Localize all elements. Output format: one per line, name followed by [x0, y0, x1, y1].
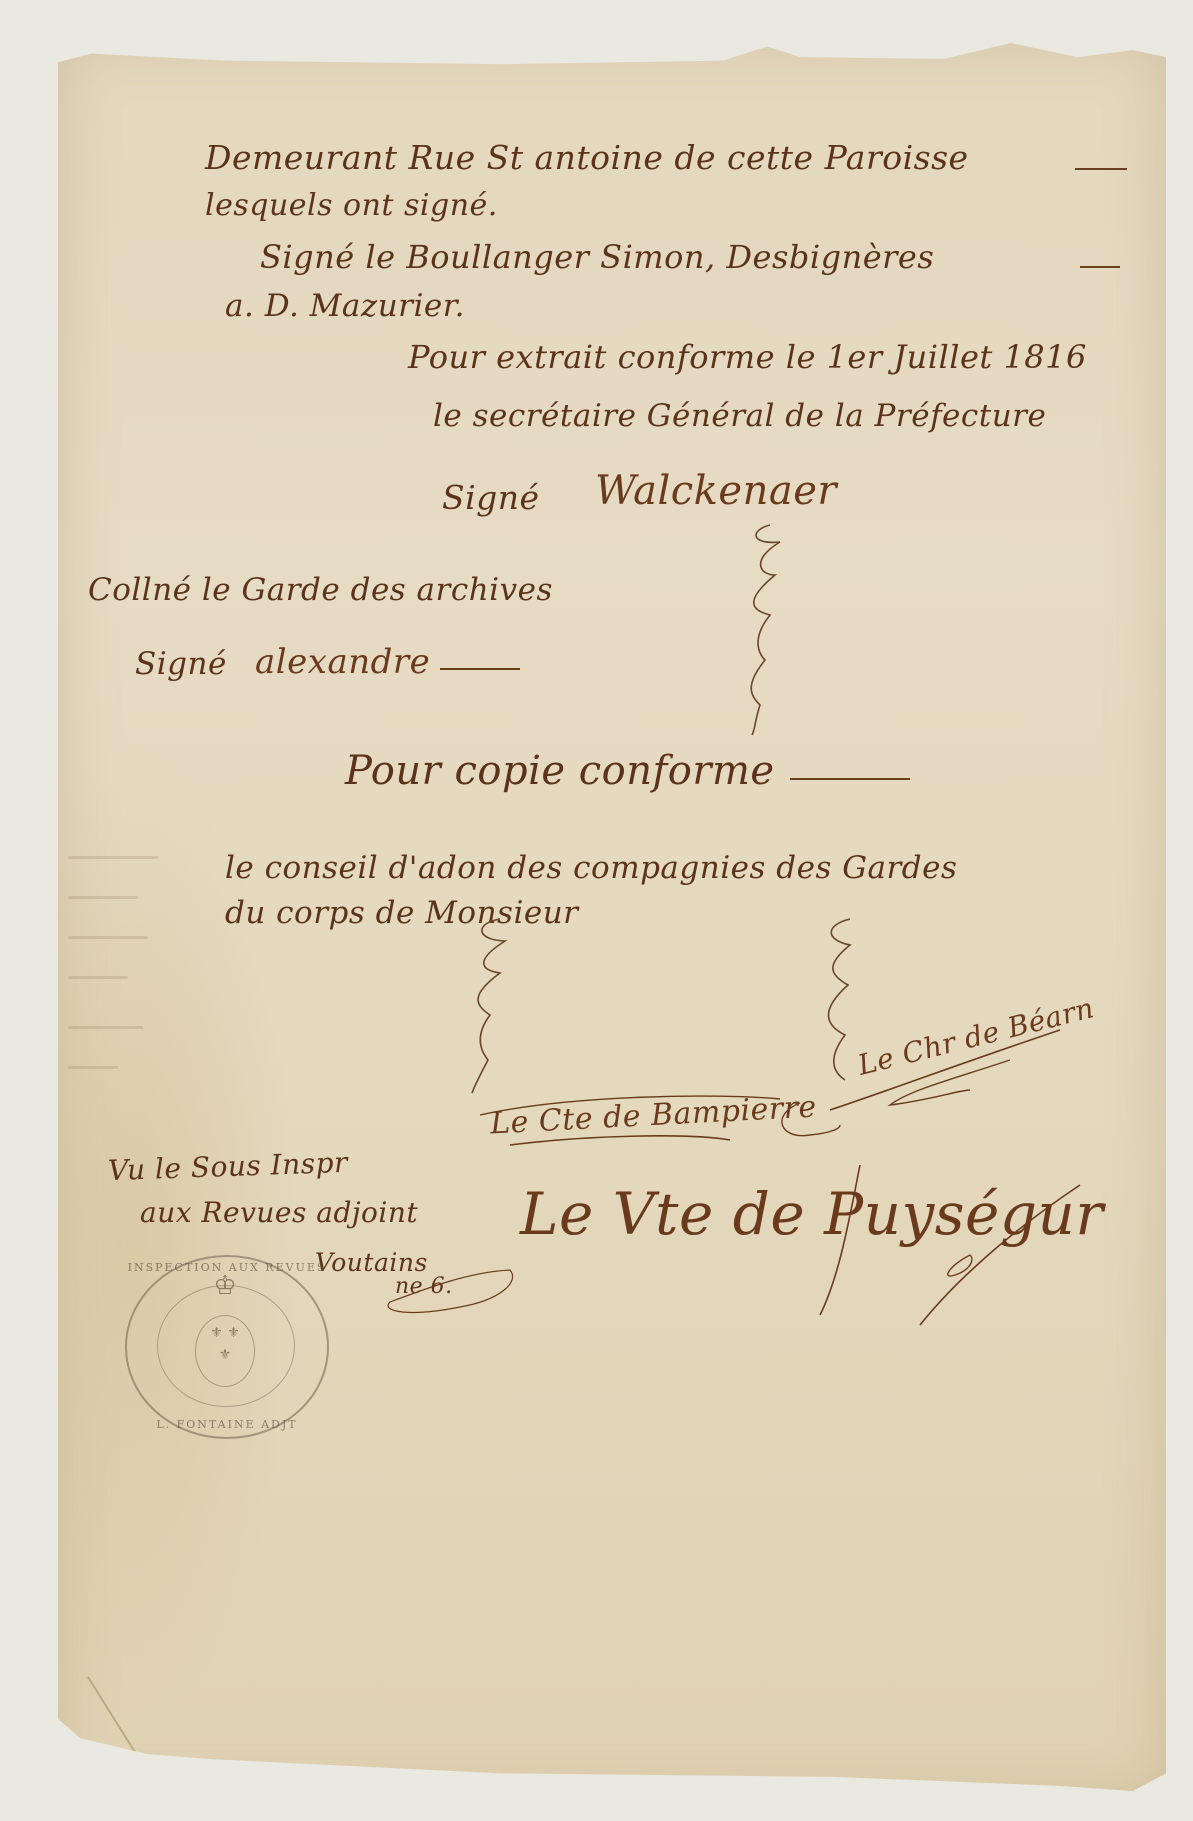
signature-flourish — [470, 1085, 850, 1155]
text-line-corps: du corps de Monsieur — [225, 895, 578, 931]
text-line-5: Pour extrait conforme le 1er Juillet 181… — [408, 338, 1087, 376]
copy-conforming-heading: Pour copie conforme — [345, 748, 775, 794]
signed-label: Signé — [442, 478, 540, 517]
text-line-2: lesquels ont signé. — [205, 188, 498, 223]
bleed-through-mark — [68, 976, 128, 979]
brace-mark — [460, 915, 520, 1095]
signed-label-2: Signé — [135, 646, 227, 682]
brace-mark — [740, 520, 800, 740]
text-line-collation: Collné le Garde des archives — [88, 572, 553, 608]
line-flourish — [790, 778, 910, 780]
line-flourish — [440, 668, 520, 670]
text-line-1: Demeurant Rue St antoine de cette Parois… — [205, 138, 969, 177]
bleed-through-mark — [68, 896, 138, 899]
text-line-3: Signé le Boullanger Simon, Desbignères — [260, 238, 934, 276]
bleed-through-mark — [68, 1026, 143, 1029]
text-line-council: le conseil d'adon des compagnies des Gar… — [225, 850, 957, 886]
line-flourish — [1075, 168, 1127, 170]
text-line-6: le secrétaire Général de la Préfecture — [433, 398, 1046, 434]
crown-icon: ♔ — [205, 1271, 245, 1301]
signature-flourish — [800, 1155, 1100, 1335]
fleur-de-lis-icon: ⚜ ⚜ ⚜ — [195, 1315, 255, 1387]
bleed-through-mark — [68, 856, 158, 859]
signature-walckenaer: Walckenaer — [595, 468, 837, 514]
signature-alexandre: alexandre — [255, 642, 430, 682]
text-line-4: a. D. Mazurier. — [225, 288, 465, 324]
bleed-through-mark — [68, 1066, 118, 1069]
margin-note-line-2: aux Revues adjoint — [140, 1196, 418, 1229]
signature-flourish — [370, 1262, 520, 1322]
bleed-through-mark — [68, 936, 148, 939]
inspection-seal-stamp: INSPECTION AUX REVUES ♔ ⚜ ⚜ ⚜ L. FONTAIN… — [125, 1255, 329, 1439]
line-flourish — [1080, 266, 1120, 268]
water-stain — [58, 736, 298, 1736]
seal-bottom-text: L. FONTAINE ADJT — [127, 1418, 327, 1431]
